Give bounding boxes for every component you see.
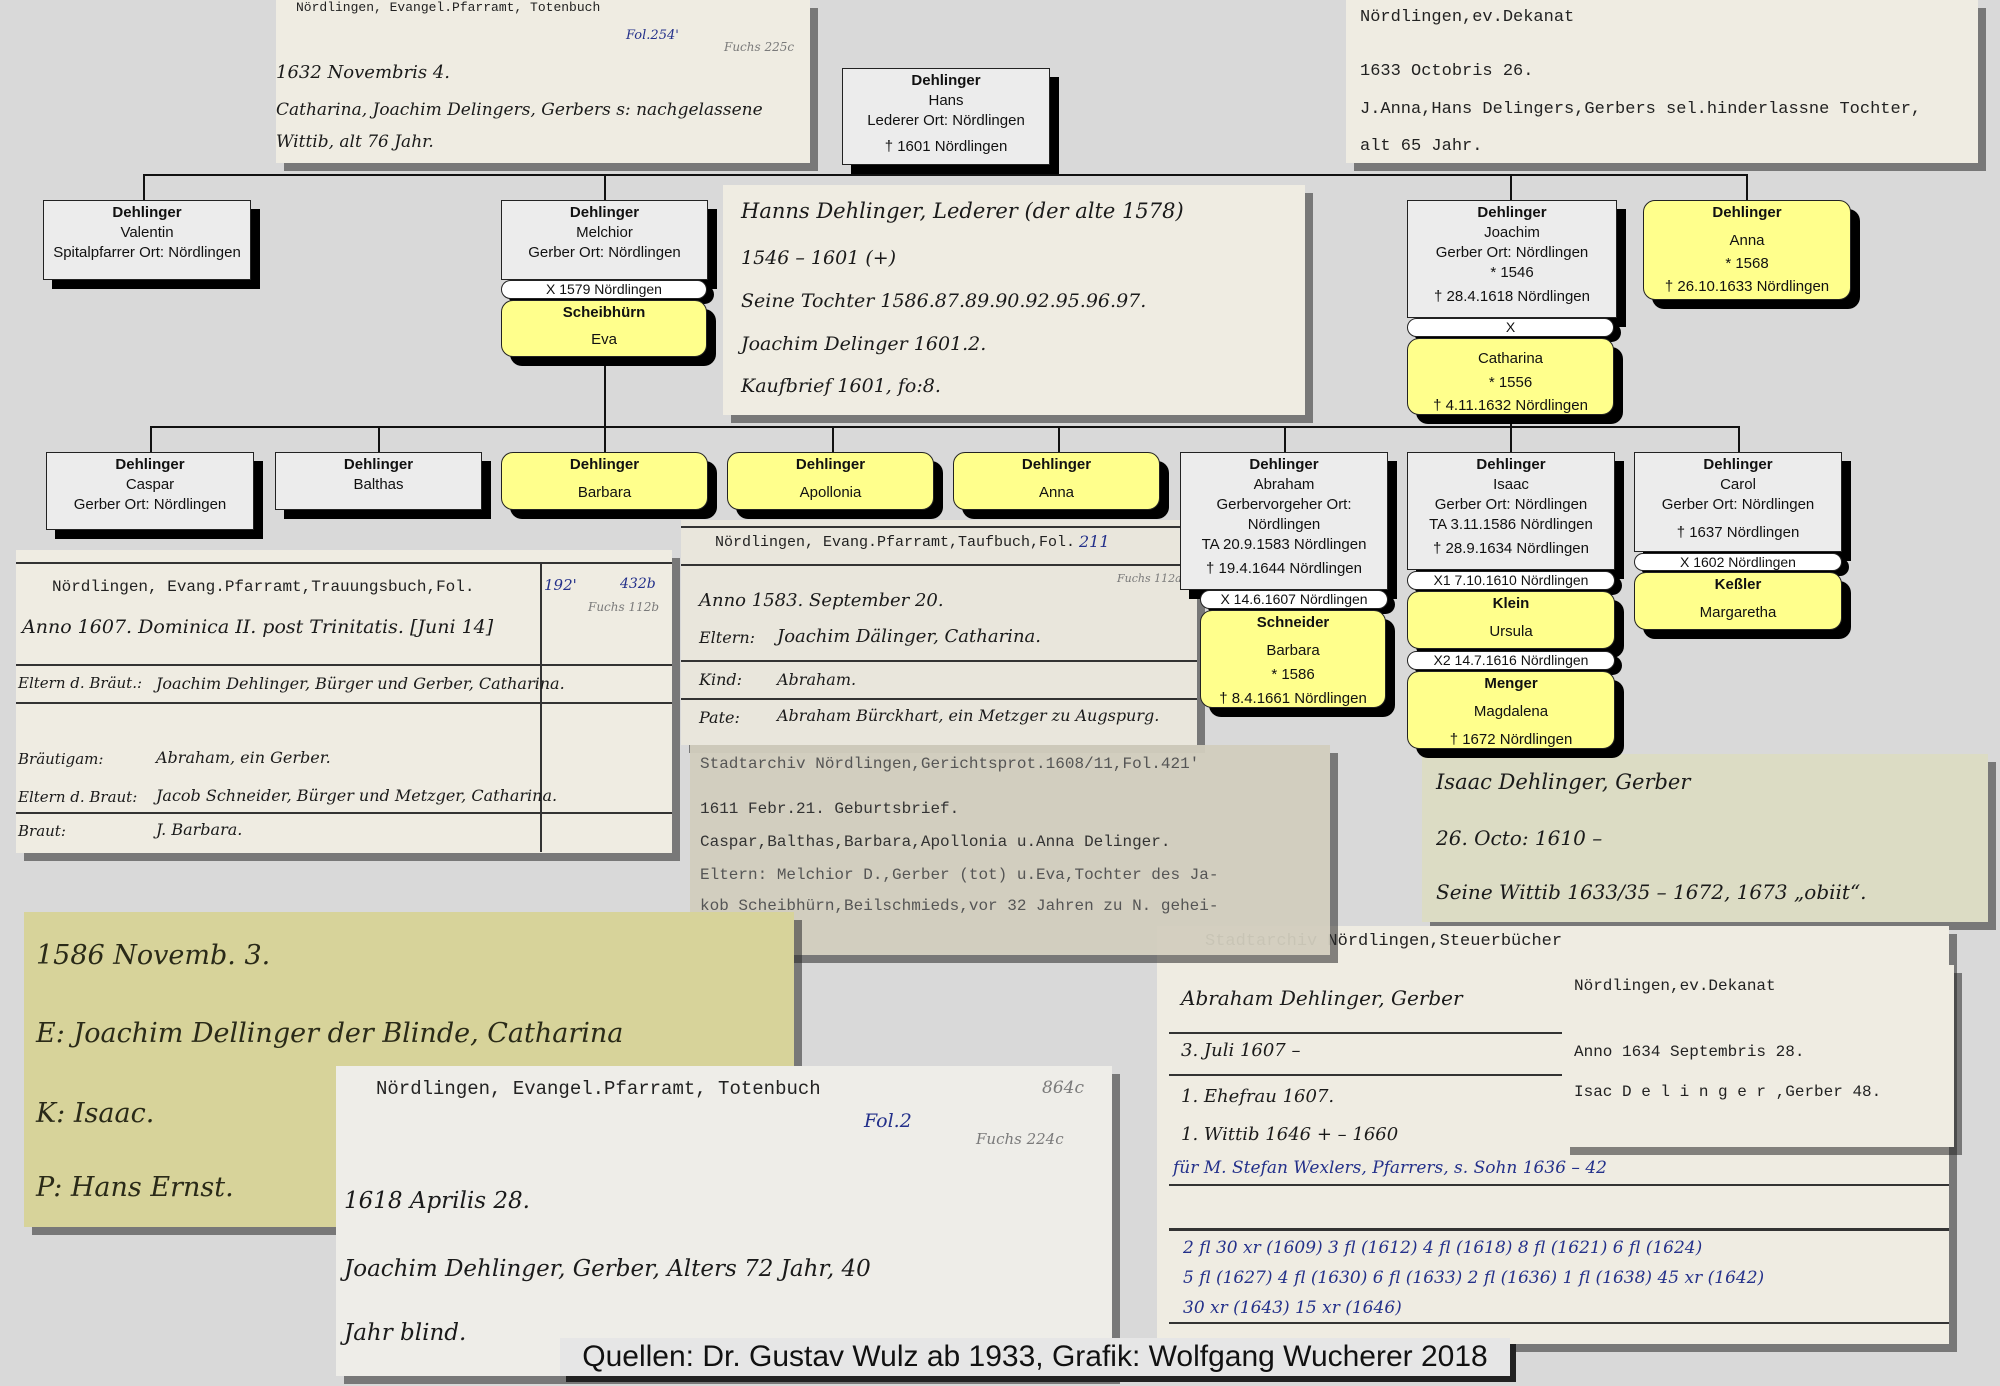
person-box-abraham[interactable]: Dehlinger Abraham Gerbervorgeher Ort: Nö… <box>1180 452 1388 590</box>
card-fuchs: Fuchs 112a <box>1117 572 1182 585</box>
divider <box>16 664 672 666</box>
surname: Dehlinger <box>1181 455 1387 475</box>
card-fuchs: Fuchs 225c <box>724 40 794 54</box>
death-date: † 4.11.1632 Nördlingen <box>1408 396 1613 416</box>
person-box-caspar[interactable]: Dehlinger Caspar Gerber Ort: Nördlingen <box>46 452 254 530</box>
surname: Dehlinger <box>47 455 253 475</box>
given-name: Barbara <box>502 483 707 503</box>
card-fol: Fol.254' <box>626 28 679 43</box>
card-line: Seine Wittib 1633/35 – 1672, 1673 „obiit… <box>1436 880 1867 904</box>
birth-date: * 1568 <box>1644 254 1850 274</box>
death-date: † 8.4.1661 Nördlingen <box>1201 689 1385 709</box>
card-line: Anno 1583. September 20. <box>699 590 944 611</box>
record-card-baptism-1583: Nördlingen, Evang.Pfarramt,Taufbuch,Fol.… <box>681 520 1197 745</box>
person-box-barbara[interactable]: Dehlinger Barbara <box>501 452 708 510</box>
occupation: Gerbervorgeher Ort: Nördlingen <box>1181 495 1387 535</box>
given-name: Carol <box>1635 475 1841 495</box>
connector-generation-2 <box>143 174 1748 176</box>
card-line: Abraham Dehlinger, Gerber <box>1181 986 1463 1010</box>
card-line: Kaufbrief 1601, fo:8. <box>741 375 941 397</box>
given-name: Isaac <box>1408 475 1614 495</box>
card-line: Anno 1607. Dominica II. post Trinitatis.… <box>22 616 493 638</box>
card-line: alt 65 Jahr. <box>1360 137 1482 156</box>
birth-date: * 1546 <box>1408 263 1616 283</box>
card-line: Eltern: Melchior D.,Gerber (tot) u.Eva,T… <box>700 866 1218 884</box>
row-value: Jacob Schneider, Bürger und Metzger, Cat… <box>156 786 557 805</box>
connector-balthas <box>378 426 380 453</box>
person-box-isaac[interactable]: Dehlinger Isaac Gerber Ort: Nördlingen T… <box>1407 452 1615 570</box>
card-line: J.Anna,Hans Delingers,Gerbers sel.hinder… <box>1360 100 1921 119</box>
connector-generation-3 <box>150 426 1740 428</box>
card-line: P: Hans Ernst. <box>36 1172 234 1203</box>
occupation: Spitalpfarrer Ort: Nördlingen <box>44 243 250 263</box>
record-card-dekanat-1633: Nördlingen,ev.Dekanat 1633 Octobris 26. … <box>1346 0 1978 163</box>
person-box-valentin[interactable]: Dehlinger Valentin Spitalpfarrer Ort: Nö… <box>43 200 251 280</box>
card-line: 1633 Octobris 26. <box>1360 62 1533 81</box>
card-line: Isac D e l i n g e r ,Gerber 48. <box>1574 1083 1881 1101</box>
row-label: Eltern: <box>699 628 755 647</box>
card-header: Nördlingen,ev.Dekanat <box>1574 977 1776 995</box>
record-card-hans-note: Hanns Dehlinger, Lederer (der alte 1578)… <box>723 185 1305 415</box>
connector-anna <box>1746 174 1748 201</box>
connector-abraham <box>1284 426 1286 453</box>
card-line: Anno 1634 Septembris 28. <box>1574 1043 1804 1061</box>
card-header: Stadtarchiv Nördlingen,Gerichtsprot.1608… <box>700 755 1199 773</box>
occupation: Gerber Ort: Nördlingen <box>47 495 253 515</box>
given-name: Caspar <box>47 475 253 495</box>
card-line: Catharina, Joachim Delingers, Gerbers s:… <box>276 100 763 120</box>
card-line: für M. Stefan Wexlers, Pfarrers, s. Sohn… <box>1173 1158 1607 1178</box>
divider <box>16 702 672 704</box>
surname: Dehlinger <box>44 203 250 223</box>
given-name: Hans <box>843 91 1049 111</box>
given-name: Ursula <box>1408 622 1614 642</box>
surname: Schneider <box>1201 613 1385 633</box>
card-fuchs: Fuchs 224c <box>976 1130 1064 1148</box>
death-date: † 19.4.1644 Nördlingen <box>1181 559 1387 579</box>
surname: Dehlinger <box>502 203 707 223</box>
row-label: Bräutigam: <box>18 750 103 768</box>
record-card-death-1618: Nördlingen, Evangel.Pfarramt, Totenbuch … <box>336 1066 1112 1376</box>
surname: Scheibhürn <box>502 303 706 323</box>
card-header: Nördlingen, Evangel.Pfarramt, Totenbuch <box>296 0 600 15</box>
person-box-hans[interactable]: Dehlinger Hans Lederer Ort: Nördlingen †… <box>842 68 1050 165</box>
surname: Klein <box>1408 594 1614 614</box>
occupation: Gerber Ort: Nördlingen <box>502 243 707 263</box>
person-box-eva-scheibhuern[interactable]: Scheibhürn Eva <box>501 300 707 357</box>
card-fol: 192' <box>544 576 577 594</box>
person-box-ursula-klein[interactable]: Klein Ursula <box>1407 591 1615 649</box>
surname: Dehlinger <box>502 455 707 475</box>
marriage-melchior: X 1579 Nördlingen <box>501 280 707 299</box>
card-line: Isaac Dehlinger, Gerber <box>1436 770 1690 794</box>
person-box-magdalena-menger[interactable]: Menger Magdalena † 1672 Nördlingen <box>1407 671 1615 749</box>
surname: Keßler <box>1635 575 1841 595</box>
death-date: † 1672 Nördlingen <box>1408 730 1614 750</box>
death-date: † 26.10.1633 Nördlingen <box>1644 277 1850 297</box>
connector-isaac <box>1510 426 1512 453</box>
card-line: 1611 Febr.21. Geburtsbrief. <box>700 800 959 818</box>
card-header: Nördlingen, Evang.Pfarramt,Taufbuch,Fol. <box>715 534 1075 551</box>
card-line: Wittib, alt 76 Jahr. <box>276 132 434 152</box>
row-label: Kind: <box>699 670 742 689</box>
given-name: Margaretha <box>1635 603 1841 623</box>
connector-joachim <box>1510 174 1512 201</box>
marriage-carol: X 1602 Nördlingen <box>1634 553 1842 571</box>
row-value: Abraham. <box>777 670 856 689</box>
card-line: Caspar,Balthas,Barbara,Apollonia u.Anna … <box>700 833 1170 851</box>
given-name: Melchior <box>502 223 707 243</box>
connector-apollonia <box>832 426 834 453</box>
surname: Dehlinger <box>1635 455 1841 475</box>
surname: Menger <box>1408 674 1614 694</box>
card-line: Seine Tochter 1586.87.89.90.92.95.96.97. <box>741 290 1146 312</box>
divider <box>16 562 672 564</box>
divider <box>1169 1184 1949 1186</box>
person-box-anna-1568[interactable]: Dehlinger Anna * 1568 † 26.10.1633 Nördl… <box>1643 200 1851 300</box>
row-value: J. Barbara. <box>156 820 242 839</box>
row-label: Eltern d. Bräut.: <box>18 674 142 692</box>
tax-amounts: 5 fl (1627) 4 fl (1630) 6 fl (1633) 2 fl… <box>1183 1268 1764 1288</box>
surname: Dehlinger <box>1644 203 1850 223</box>
given-name: Barbara <box>1201 641 1385 661</box>
connector-anna-g3 <box>1058 426 1060 453</box>
connector-melchior-children <box>604 357 606 427</box>
marriage-1-isaac: X1 7.10.1610 Nördlingen <box>1407 571 1615 590</box>
surname: Dehlinger <box>1408 455 1614 475</box>
card-ref: 864c <box>1042 1078 1084 1098</box>
record-card-isaac-note: Isaac Dehlinger, Gerber 26. Octo: 1610 –… <box>1422 754 1988 922</box>
card-line: 1546 – 1601 (+) <box>741 247 896 269</box>
card-line: 1. Ehefrau 1607. <box>1181 1086 1334 1107</box>
surname: Dehlinger <box>1408 203 1616 223</box>
card-fuchs: Fuchs 112b <box>588 600 659 614</box>
row-label: Pate: <box>699 708 740 727</box>
source-credit: Quellen: Dr. Gustav Wulz ab 1933, Grafik… <box>560 1338 1510 1376</box>
card-ref: 432b <box>620 576 656 592</box>
death-date: † 28.4.1618 Nördlingen <box>1408 287 1616 307</box>
card-fol: Fol.2 <box>864 1110 912 1132</box>
row-value: Joachim Dälinger, Catharina. <box>777 626 1041 647</box>
connector-valentin <box>143 174 145 201</box>
death-date: † 1601 Nördlingen <box>843 137 1049 157</box>
tax-amounts: 2 fl 30 xr (1609) 3 fl (1612) 4 fl (1618… <box>1183 1238 1702 1258</box>
connector-melchior <box>604 174 606 201</box>
card-fol: 211 <box>1079 532 1110 551</box>
occupation: Gerber Ort: Nördlingen <box>1635 495 1841 515</box>
row-label: Braut: <box>18 822 66 840</box>
occupation: Gerber Ort: Nördlingen <box>1408 243 1616 263</box>
person-box-carol[interactable]: Dehlinger Carol Gerber Ort: Nördlingen †… <box>1634 452 1842 552</box>
row-value: Abraham Bürckhart, ein Metzger zu Augspu… <box>777 706 1159 725</box>
given-name: Catharina <box>1408 349 1613 369</box>
card-line: 1. Wittib 1646 + – 1660 <box>1181 1124 1398 1145</box>
row-value: Abraham, ein Gerber. <box>156 748 331 767</box>
card-line: 1632 Novembris 4. <box>276 62 450 83</box>
divider <box>681 698 1197 700</box>
marriage-abraham: X 14.6.1607 Nördlingen <box>1200 590 1388 609</box>
person-box-melchior[interactable]: Dehlinger Melchior Gerber Ort: Nördlinge… <box>501 200 708 280</box>
given-name: Abraham <box>1181 475 1387 495</box>
surname: Dehlinger <box>954 455 1159 475</box>
person-box-anna-g3[interactable]: Dehlinger Anna <box>953 452 1160 510</box>
record-card-dekanat-1634: Nördlingen,ev.Dekanat Anno 1634 Septembr… <box>1562 965 1954 1147</box>
given-name: Valentin <box>44 223 250 243</box>
surname: Dehlinger <box>843 71 1049 91</box>
card-line: K: Isaac. <box>36 1098 154 1129</box>
divider <box>1169 1228 1949 1231</box>
divider <box>540 562 542 852</box>
occupation: Lederer Ort: Nördlingen <box>843 111 1049 131</box>
person-box-apollonia[interactable]: Dehlinger Apollonia <box>727 452 934 510</box>
person-box-balthas[interactable]: Dehlinger Balthas <box>275 452 482 510</box>
person-box-joachim[interactable]: Dehlinger Joachim Gerber Ort: Nördlingen… <box>1407 200 1617 318</box>
record-card-death-1632: Nördlingen, Evangel.Pfarramt, Totenbuch … <box>276 0 810 163</box>
row-value: Joachim Dehlinger, Bürger und Gerber, Ca… <box>156 674 565 693</box>
connector-carol <box>1738 426 1740 453</box>
divider <box>681 660 1197 662</box>
baptism-date: TA 20.9.1583 Nördlingen <box>1181 535 1387 555</box>
person-box-margaretha-kessler[interactable]: Keßler Margaretha <box>1634 572 1842 630</box>
divider <box>16 812 672 814</box>
given-name: Apollonia <box>728 483 933 503</box>
card-header: Nördlingen,ev.Dekanat <box>1360 8 1574 27</box>
card-line: 1586 Novemb. 3. <box>36 940 270 971</box>
occupation: Gerber Ort: Nördlingen <box>1408 495 1614 515</box>
connector-barbara <box>604 426 606 453</box>
card-line: Joachim Delinger 1601.2. <box>741 333 986 355</box>
card-header: Nördlingen, Evang.Pfarramt,Trauungsbuch,… <box>52 578 474 596</box>
divider <box>1169 1322 1949 1324</box>
baptism-date: TA 3.11.1586 Nördlingen <box>1408 515 1614 535</box>
row-label: Eltern d. Braut: <box>18 788 137 806</box>
given-name: Magdalena <box>1408 702 1614 722</box>
card-line: 26. Octo: 1610 – <box>1436 826 1602 850</box>
card-line: Joachim Dehlinger, Gerber, Alters 72 Jah… <box>344 1256 871 1282</box>
record-card-marriage-1607: Nördlingen, Evang.Pfarramt,Trauungsbuch,… <box>16 550 672 853</box>
person-box-catharina[interactable]: Catharina * 1556 † 4.11.1632 Nördlingen <box>1407 338 1614 415</box>
card-line: 1618 Aprilis 28. <box>344 1188 530 1214</box>
marriage-2-isaac: X2 14.7.1616 Nördlingen <box>1407 651 1615 670</box>
surname: Dehlinger <box>276 455 481 475</box>
tax-amounts: 30 xr (1643) 15 xr (1646) <box>1183 1298 1402 1318</box>
given-name: Anna <box>954 483 1159 503</box>
death-date: † 28.9.1634 Nördlingen <box>1408 539 1614 559</box>
birth-date: * 1586 <box>1201 665 1385 685</box>
surname: Dehlinger <box>728 455 933 475</box>
connector-caspar <box>150 426 152 453</box>
given-name: Joachim <box>1408 223 1616 243</box>
given-name: Anna <box>1644 231 1850 251</box>
marriage-joachim: X <box>1407 318 1614 337</box>
given-name: Eva <box>502 330 706 350</box>
card-line: Jahr blind. <box>344 1320 466 1346</box>
birth-date: * 1556 <box>1408 373 1613 393</box>
card-line: E: Joachim Dellinger der Blinde, Cathari… <box>36 1018 623 1049</box>
person-box-barbara-schneider[interactable]: Schneider Barbara * 1586 † 8.4.1661 Nörd… <box>1200 610 1386 708</box>
given-name: Balthas <box>276 475 481 495</box>
death-date: † 1637 Nördlingen <box>1635 523 1841 543</box>
divider <box>681 526 1197 528</box>
card-line: 3. Juli 1607 – <box>1181 1040 1300 1061</box>
card-line: Hanns Dehlinger, Lederer (der alte 1578) <box>741 199 1184 223</box>
divider <box>681 564 1197 566</box>
card-header: Nördlingen, Evangel.Pfarramt, Totenbuch <box>376 1078 821 1100</box>
